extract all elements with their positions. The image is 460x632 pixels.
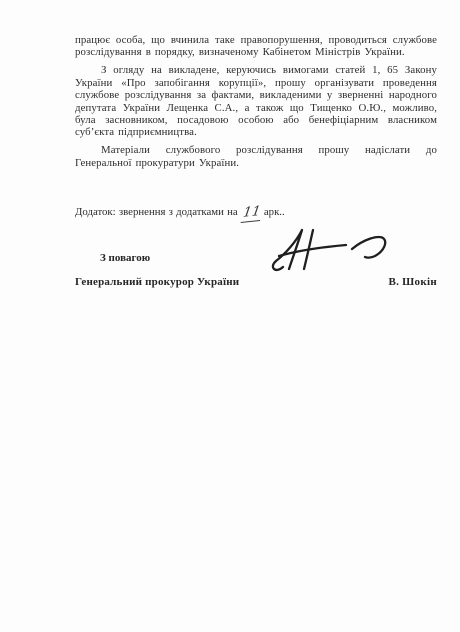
signature-row: Генеральний прокурор України В. Шокін xyxy=(75,276,437,288)
scanned-letter-page: працює особа, що вчинила таке правопоруш… xyxy=(0,0,460,632)
attachment-text: Додаток: звернення з додатками на xyxy=(75,206,238,218)
handwritten-signature-icon xyxy=(268,226,396,274)
signer-title: Генеральний прокурор України xyxy=(75,276,239,288)
paragraph-continuation: працює особа, що вчинила таке правопоруш… xyxy=(75,34,437,59)
attachment-line: Додаток: звернення з додатками на11арк.. xyxy=(75,205,437,221)
attachment-unit: арк.. xyxy=(264,206,285,218)
paragraph-materials: Матеріали службового розслідування прошу… xyxy=(75,144,437,169)
paragraph-request: З огляду на викладене, керуючись вимогам… xyxy=(75,64,437,138)
handwritten-page-count: 11 xyxy=(240,205,262,222)
signer-name: В. Шокін xyxy=(388,276,437,288)
